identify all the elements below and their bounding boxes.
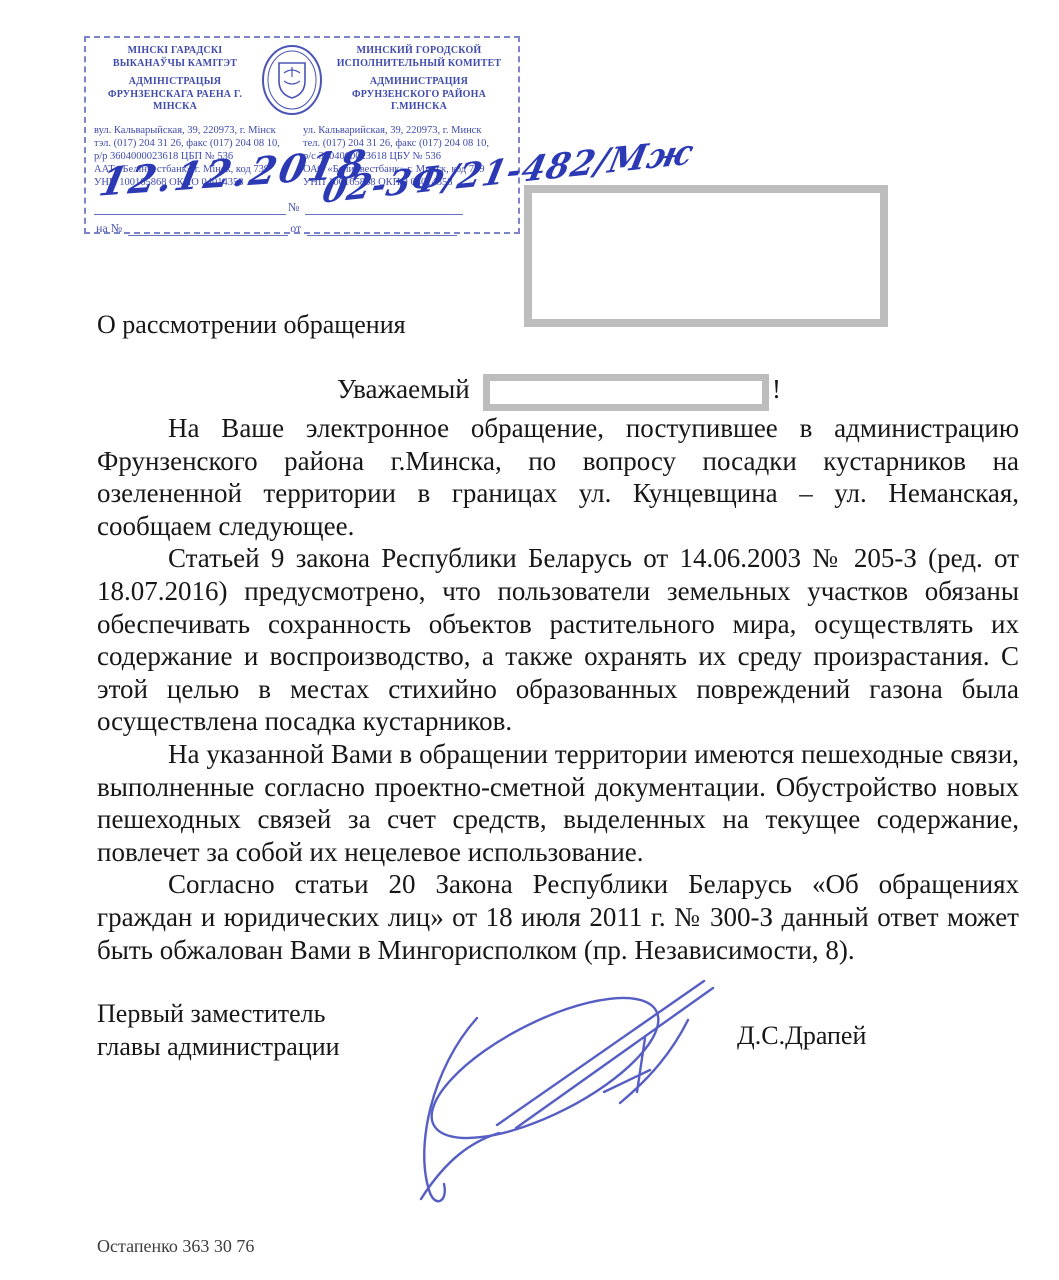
org-line: ВЫКАНАЎЧЫ КАМІТЭТ — [94, 58, 256, 71]
salutation-suffix: ! — [772, 374, 781, 405]
org-line: МІНСКІ ГАРАДСКІ — [94, 45, 256, 58]
stamp-header-russian: МИНСКИЙ ГОРОДСКОЙ ИСПОЛНИТЕЛЬНЫЙ КОМИТЕТ… — [328, 45, 510, 114]
org-name-belarusian: МІНСКІ ГАРАДСКІ ВЫКАНАЎЧЫ КАМІТЭТ — [94, 45, 256, 70]
address-line: вул. Кальварыйская, 39, 220973, г. Мінск — [94, 124, 298, 137]
paragraph: На указанной Вами в обращении территории… — [97, 738, 1019, 868]
admin-line: АДМІНІСТРАЦЫЯ — [94, 76, 256, 89]
org-line: ИСПОЛНИТЕЛЬНЫЙ КОМИТЕТ — [328, 58, 510, 71]
paragraph: Согласно статьи 20 Закона Республики Бел… — [97, 868, 1019, 966]
signer-position-line: главы администрации — [97, 1030, 340, 1063]
scanned-letter-page: МІНСКІ ГАРАДСКІ ВЫКАНАЎЧЫ КАМІТЭТ АДМІНІ… — [0, 0, 1059, 1280]
org-name-russian: МИНСКИЙ ГОРОДСКОЙ ИСПОЛНИТЕЛЬНЫЙ КОМИТЕТ — [328, 45, 510, 70]
letter-subject: О рассмотрении обращения — [97, 310, 406, 340]
admin-line: ФРУНЗЕНСКАГА РАЕНА Г. МІНСКА — [94, 89, 256, 114]
admin-name-belarusian: АДМІНІСТРАЦЫЯ ФРУНЗЕНСКАГА РАЕНА Г. МІНС… — [94, 76, 256, 114]
stamp-header-belarusian: МІНСКІ ГАРАДСКІ ВЫКАНАЎЧЫ КАМІТЭТ АДМІНІ… — [94, 45, 256, 114]
paragraph: Статьей 9 закона Республики Беларусь от … — [97, 542, 1019, 738]
executor-contact: Остапенко 363 30 76 — [97, 1236, 254, 1257]
signer-position-line: Первый заместитель — [97, 997, 340, 1030]
redaction-box-name — [483, 374, 769, 411]
ref-label: на № — [94, 221, 128, 236]
from-line — [307, 221, 457, 236]
incoming-reference-row: на № от — [94, 215, 510, 236]
admin-name-russian: АДМИНИСТРАЦИЯ ФРУНЗЕНСКОГО РАЙОНА Г.МИНС… — [328, 76, 510, 114]
number-sign-label: № — [286, 200, 305, 215]
letterhead-stamp: МІНСКІ ГАРАДСКІ ВЫКАНАЎЧЫ КАМІТЭТ АДМІНІ… — [84, 36, 520, 234]
org-line: МИНСКИЙ ГОРОДСКОЙ — [328, 45, 510, 58]
minsk-coat-of-arms-icon — [256, 43, 328, 117]
admin-line: АДМИНИСТРАЦИЯ — [328, 76, 510, 89]
signer-position: Первый заместитель главы администрации — [97, 997, 340, 1063]
ref-line — [128, 221, 288, 236]
stamp-header: МІНСКІ ГАРАДСКІ ВЫКАНАЎЧЫ КАМІТЭТ АДМІНІ… — [94, 45, 510, 117]
address-line: ул. Кальварийская, 39, 220973, г. Минск — [303, 124, 510, 137]
paragraph: На Ваше электронное обращение, поступивш… — [97, 412, 1019, 542]
from-label: от — [288, 221, 307, 236]
admin-line: ФРУНЗЕНСКОГО РАЙОНА Г.МИНСКА — [328, 89, 510, 114]
salutation-prefix: Уважаемый — [337, 374, 470, 405]
letter-body: На Ваше электронное обращение, поступивш… — [97, 412, 1019, 966]
redaction-box-addressee — [524, 185, 888, 327]
signer-name: Д.С.Драпей — [737, 1021, 866, 1051]
